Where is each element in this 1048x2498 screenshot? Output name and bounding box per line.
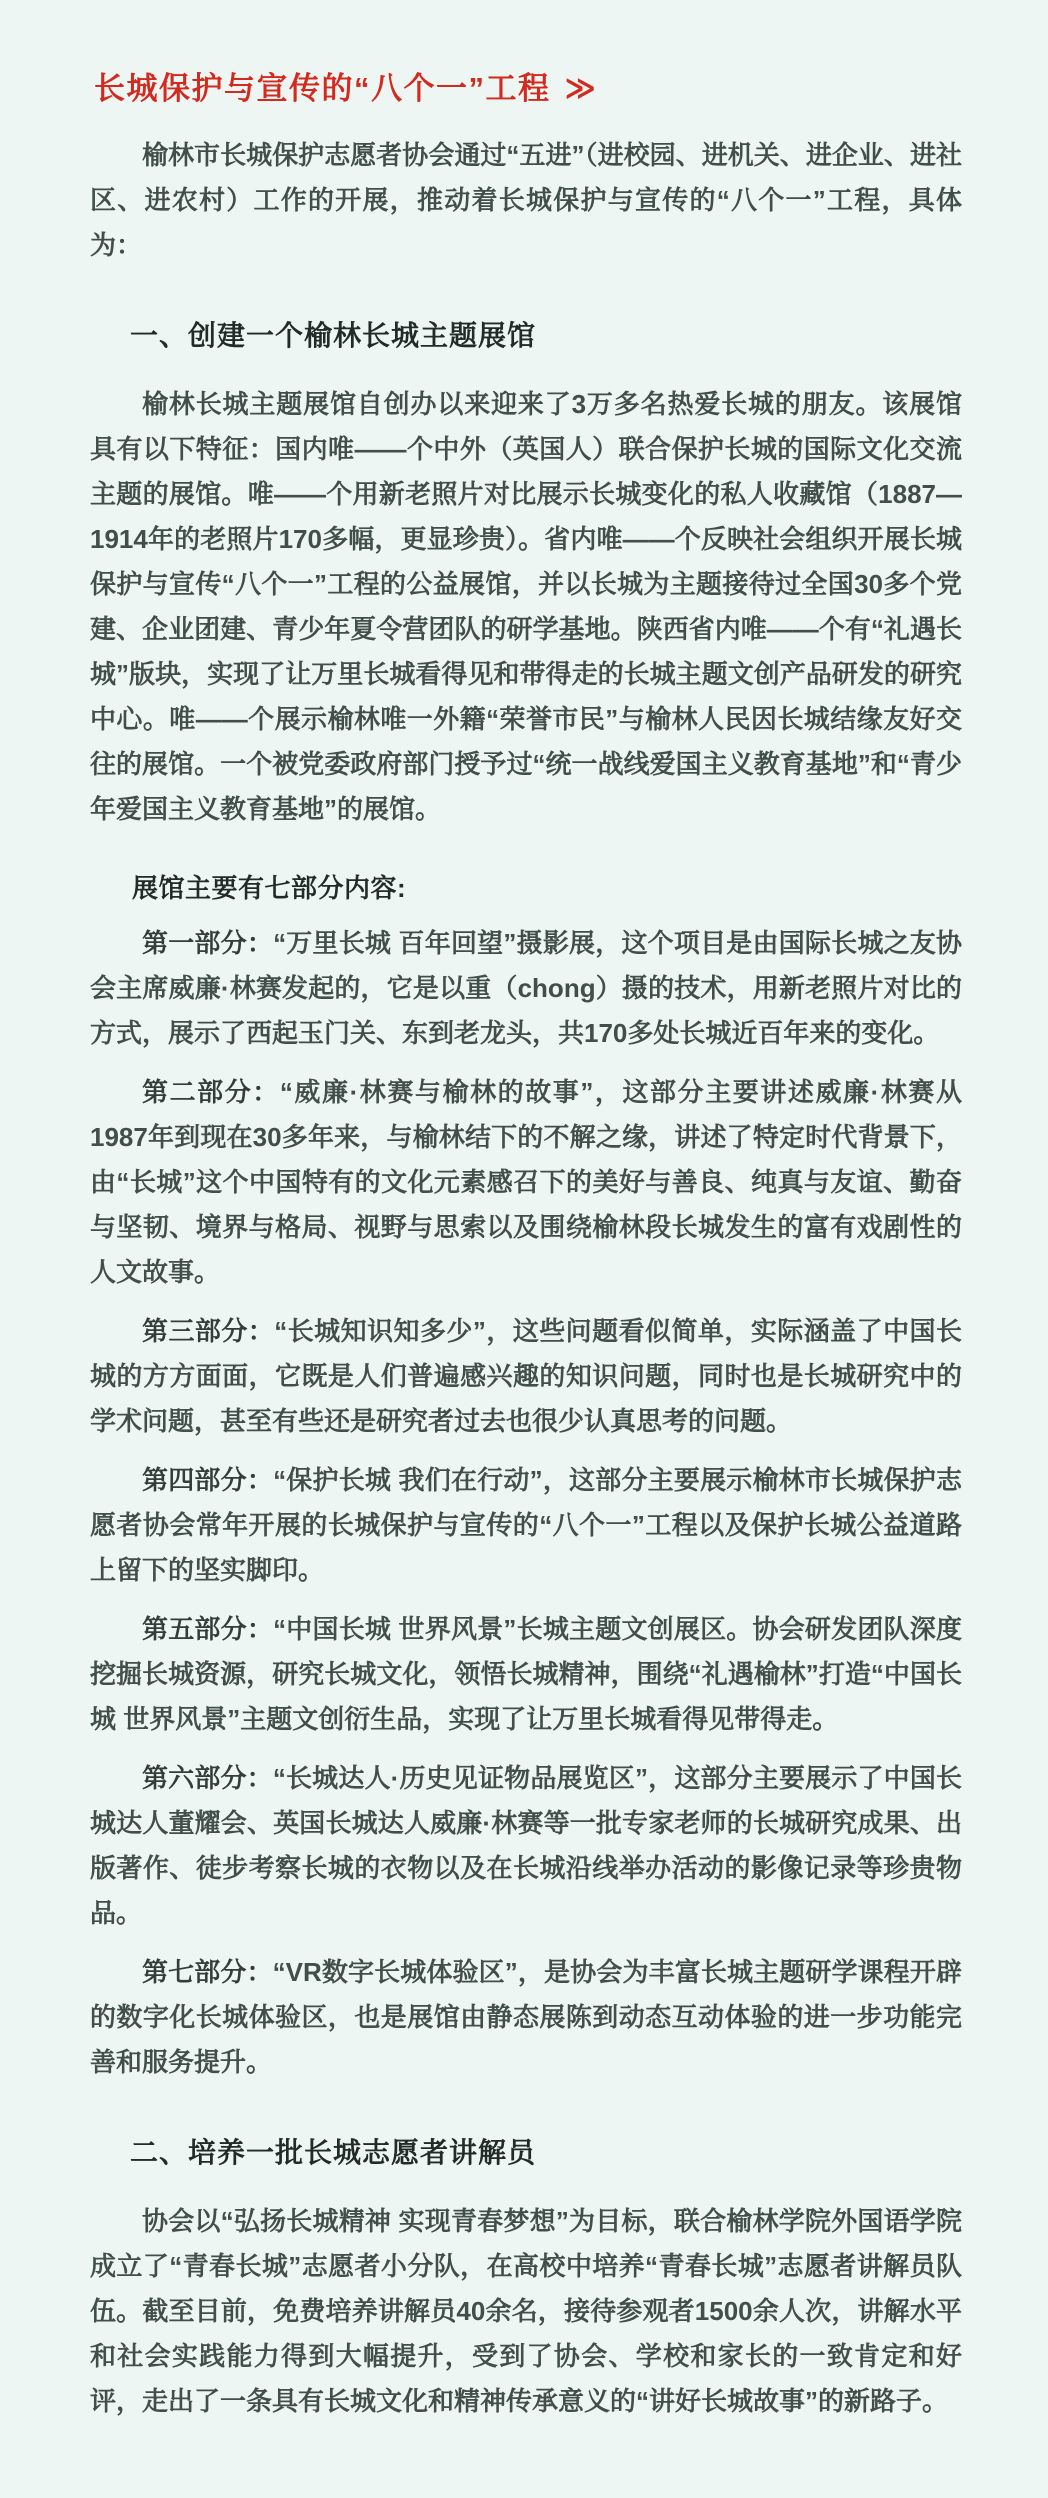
page-title: 长城保护与宣传的“八个一”工程 xyxy=(94,70,551,107)
part-paragraph-5: 第五部分：“中国长城 世界风景”长城主题文创展区。协会研发团队深度挖掘长城资源，… xyxy=(90,1607,962,1742)
part-paragraph-4: 第四部分：“保护长城 我们在行动”，这部分主要展示榆林市长城保护志愿者协会常年开… xyxy=(90,1458,962,1593)
part-paragraph-2: 第二部分：“威廉·林赛与榆林的故事”，这部分主要讲述威廉·林赛从1987年到现在… xyxy=(90,1070,962,1295)
part-paragraph-7: 第七部分：“VR数字长城体验区”，是协会为丰富长城主题研学课程开辟的数字化长城体… xyxy=(90,1950,962,2085)
part-3-label: 第三部分： xyxy=(142,1316,274,1346)
part-1-label: 第一部分： xyxy=(142,928,273,958)
part-6-label: 第六部分： xyxy=(142,1763,273,1793)
part-paragraph-3: 第三部分：“长城知识知多少”，这些问题看似简单，实际涵盖了中国长城的方方面面，它… xyxy=(90,1309,962,1444)
section-2-paragraph: 协会以“弘扬长城精神 实现青春梦想”为目标，联合榆林学院外国语学院成立了“青春长… xyxy=(90,2199,962,2424)
part-7-label: 第七部分： xyxy=(142,1957,273,1987)
part-4-label: 第四部分： xyxy=(142,1465,273,1495)
article-title-row[interactable]: 长城保护与宣传的“八个一”工程 ≫ xyxy=(94,70,962,107)
double-chevron-icon: ≫ xyxy=(565,74,596,104)
section-1-heading: 一、创建一个榆林长城主题展馆 xyxy=(130,314,962,354)
section-2-heading: 二、培养一批长城志愿者讲解员 xyxy=(130,2131,962,2171)
part-2-label: 第二部分： xyxy=(142,1077,280,1107)
intro-paragraph: 榆林市长城保护志愿者协会通过“五进”（进校园、进机关、进企业、进社区、进农村）工… xyxy=(90,133,962,268)
part-paragraph-6: 第六部分：“长城达人·历史见证物品展览区”，这部分主要展示了中国长城达人董耀会、… xyxy=(90,1756,962,1936)
part-paragraph-1: 第一部分：“万里长城 百年回望”摄影展，这个项目是由国际长城之友协会主席威廉·林… xyxy=(90,921,962,1056)
article-page: 长城保护与宣传的“八个一”工程 ≫ 榆林市长城保护志愿者协会通过“五进”（进校园… xyxy=(0,0,1048,2498)
exhibit-contents-subheading: 展馆主要有七部分内容: xyxy=(132,868,962,905)
part-2-text: “威廉·林赛与榆林的故事”，这部分主要讲述威廉·林赛从1987年到现在30多年来… xyxy=(90,1077,962,1287)
part-5-label: 第五部分： xyxy=(142,1614,273,1644)
section-1-paragraph: 榆林长城主题展馆自创办以来迎来了3万多名热爱长城的朋友。该展馆具有以下特征：国内… xyxy=(90,382,962,832)
